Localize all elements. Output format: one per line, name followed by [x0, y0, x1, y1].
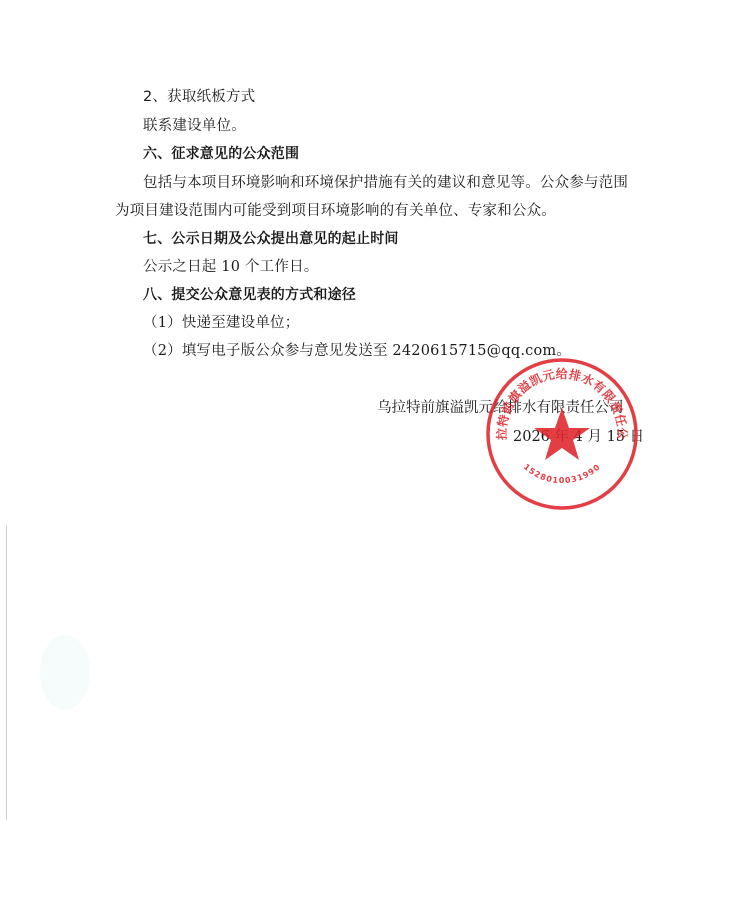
- section-heading: 六、征求意见的公众范围: [143, 145, 299, 163]
- body-text: 公示之日起 10 个工作日。: [143, 258, 318, 276]
- body-text: 联系建设单位。: [143, 117, 246, 135]
- document-page: 2、获取纸板方式 联系建设单位。 六、征求意见的公众范围 包括与本项目环境影响和…: [0, 0, 735, 922]
- company-seal-stamp: 乌拉特前旗溢凯元给排水有限责任公司 1528010031990: [484, 356, 640, 512]
- section-heading: 八、提交公众意见表的方式和途径: [143, 286, 356, 304]
- body-text: 包括与本项目环境影响和环境保护措施有关的建议和意见等。公众参与范围: [143, 174, 628, 192]
- scan-smudge: [40, 635, 90, 710]
- scan-edge-line: [6, 525, 7, 820]
- body-text-continued: 为项目建设范围内可能受到项目环境影响的有关单位、专家和公众。: [115, 202, 556, 220]
- svg-text:1528010031990: 1528010031990: [522, 462, 603, 485]
- section-subheading: 2、获取纸板方式: [143, 88, 255, 106]
- section-heading: 七、公示日期及公众提出意见的起止时间: [143, 230, 399, 248]
- star-icon: [534, 408, 590, 460]
- list-item: （1）快递至建设单位；: [143, 314, 299, 332]
